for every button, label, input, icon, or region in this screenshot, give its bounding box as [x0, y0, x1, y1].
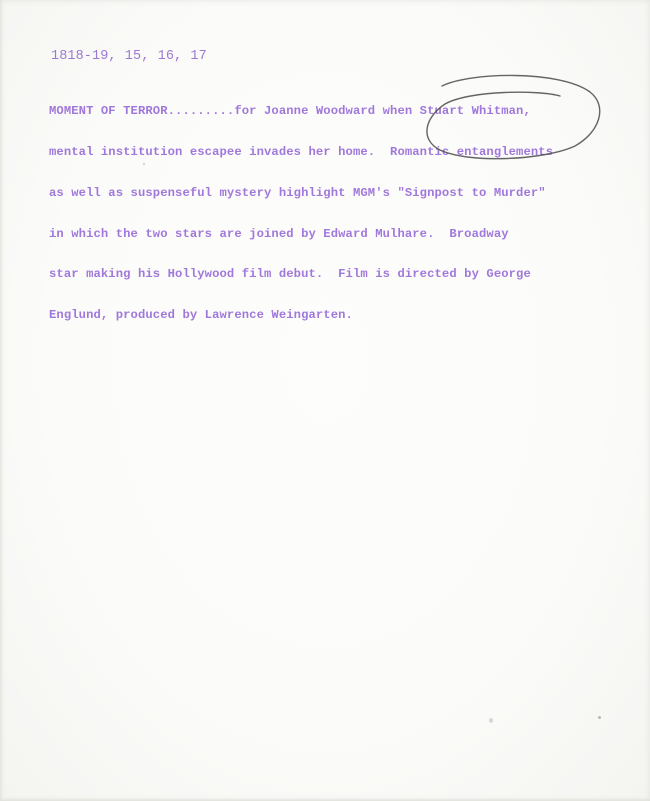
paper-speck — [489, 718, 493, 723]
reference-numbers: 1818-19, 15, 16, 17 — [51, 49, 207, 64]
caption-line: star making his Hollywood film debut. Fi… — [49, 268, 553, 282]
caption-line: Englund, produced by Lawrence Weingarten… — [49, 309, 553, 323]
caption-line: MOMENT OF TERROR.........for Joanne Wood… — [49, 105, 553, 119]
caption-line: as well as suspenseful mystery highlight… — [49, 187, 553, 201]
caption-line: in which the two stars are joined by Edw… — [49, 228, 553, 242]
caption-text: MOMENT OF TERROR.........for Joanne Wood… — [49, 78, 553, 350]
photo-back-paper: 1818-19, 15, 16, 17 MOMENT OF TERROR....… — [0, 0, 650, 801]
paper-speck — [598, 716, 601, 719]
paper-speck — [143, 163, 145, 165]
paper-edge-left — [0, 0, 3, 801]
caption-line: mental institution escapee invades her h… — [49, 146, 553, 160]
